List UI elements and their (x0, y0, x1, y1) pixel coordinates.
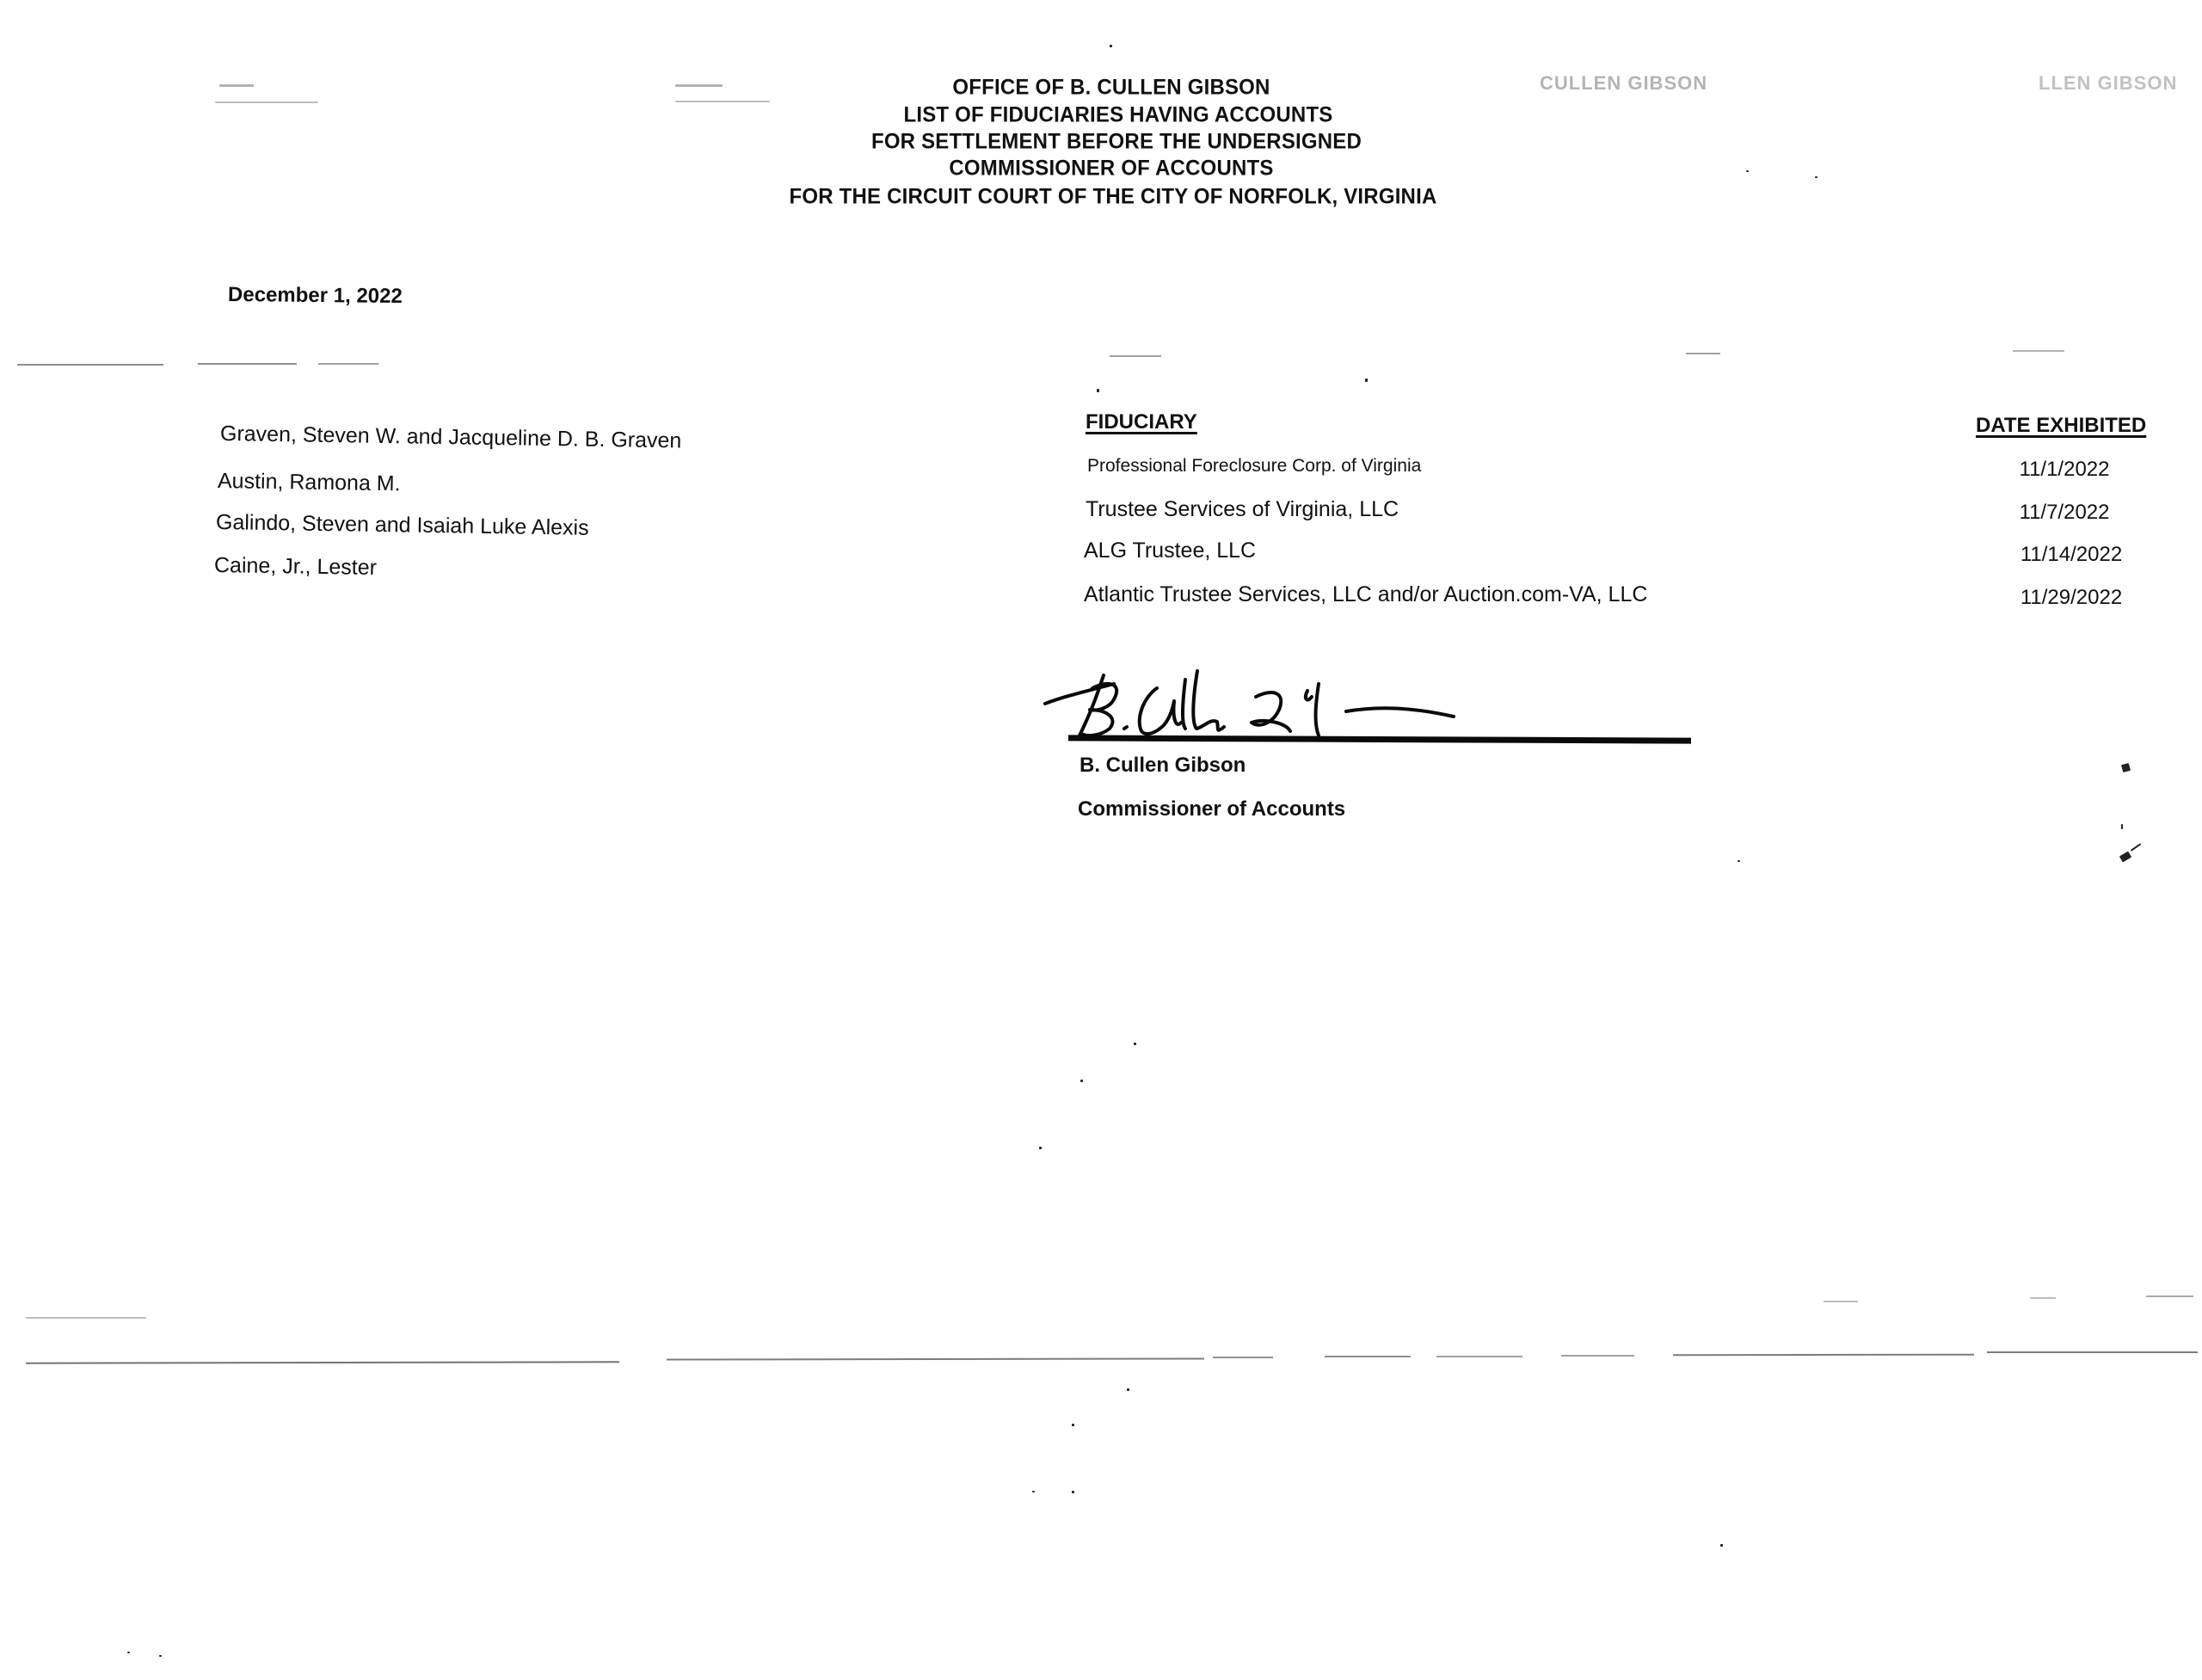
scan-speck (1097, 389, 1099, 392)
scan-speck (1738, 860, 1740, 862)
scan-rule (1213, 1357, 1273, 1358)
date-exhibited: 11/29/2022 (1977, 586, 2166, 610)
scan-rule (318, 363, 378, 365)
scan-rule (2030, 1297, 2056, 1299)
scan-speck (1720, 1544, 1723, 1547)
date-exhibited: 11/14/2022 (1977, 543, 2166, 567)
scan-speck (1110, 45, 1112, 47)
scan-speck (1080, 1080, 1083, 1082)
header-line-settlement: FOR SETTLEMENT BEFORE THE UNDERSIGNED (0, 129, 2202, 154)
scan-rule (2146, 1295, 2193, 1297)
signer-name: B. Cullen Gibson (1079, 754, 1246, 778)
scan-rule (1561, 1355, 1634, 1357)
scan-rule (1110, 355, 1161, 357)
scan-rule (1987, 1351, 2198, 1353)
scan-speck (2121, 824, 2123, 829)
date-exhibited-column-header: DATE EXHIBITED (1976, 414, 2146, 438)
header-line-list: LIST OF FIDUCIARIES HAVING ACCOUNTS (0, 102, 2202, 127)
scan-rule (1824, 1301, 1858, 1302)
scan-speck (1134, 1043, 1136, 1045)
scan-speck (1072, 1491, 1074, 1493)
scan-rule (2013, 350, 2064, 352)
document-date: December 1, 2022 (228, 283, 403, 309)
header-line-court: FOR THE CIRCUIT COURT OF THE CITY OF NOR… (0, 184, 2202, 209)
scan-rule (198, 363, 297, 365)
scan-rule (26, 1361, 619, 1363)
signer-title: Commissioner of Accounts (1078, 797, 1345, 822)
scan-speck (2131, 843, 2142, 852)
header-line-office: OFFICE OF B. CULLEN GIBSON (0, 75, 2202, 100)
scan-rule (1673, 1354, 1974, 1357)
scan-speck (159, 1655, 162, 1657)
scan-speck (1127, 1388, 1129, 1391)
scan-speck (127, 1652, 130, 1653)
scan-rule (17, 364, 163, 366)
scan-speck (2119, 852, 2131, 863)
scan-speck (2121, 763, 2131, 772)
date-exhibited: 11/1/2022 (1970, 458, 2159, 482)
estate-item: Austin, Ramona M. (218, 469, 401, 496)
scan-rule (26, 1317, 146, 1319)
date-exhibited: 11/7/2022 (1970, 501, 2159, 525)
fiduciary-name: ALG Trustee, LLC (1084, 538, 1256, 563)
scan-speck (1746, 170, 1749, 172)
estate-item: Galindo, Steven and Isaiah Luke Alexis (216, 510, 589, 541)
scan-speck (1039, 1147, 1042, 1149)
scan-rule (667, 1357, 1204, 1360)
scan-speck (1815, 176, 1818, 178)
fiduciary-name: Trustee Services of Virginia, LLC (1086, 497, 1399, 522)
fiduciary-name: Atlantic Trustee Services, LLC and/or Au… (1084, 582, 1647, 607)
scan-speck (1032, 1491, 1035, 1492)
fiduciary-column-header: FIDUCIARY (1086, 410, 1197, 434)
scan-rule (1436, 1356, 1522, 1357)
fiduciary-name: Professional Foreclosure Corp. of Virgin… (1087, 456, 1421, 477)
scan-speck (1072, 1424, 1074, 1426)
scan-speck (1365, 378, 1368, 382)
scan-rule (1686, 353, 1720, 354)
estate-item: Graven, Steven W. and Jacqueline D. B. G… (220, 422, 682, 453)
header-line-commissioner: COMMISSIONER OF ACCOUNTS (0, 156, 2202, 181)
scan-rule (1325, 1356, 1411, 1357)
estate-item: Caine, Jr., Lester (214, 553, 377, 581)
